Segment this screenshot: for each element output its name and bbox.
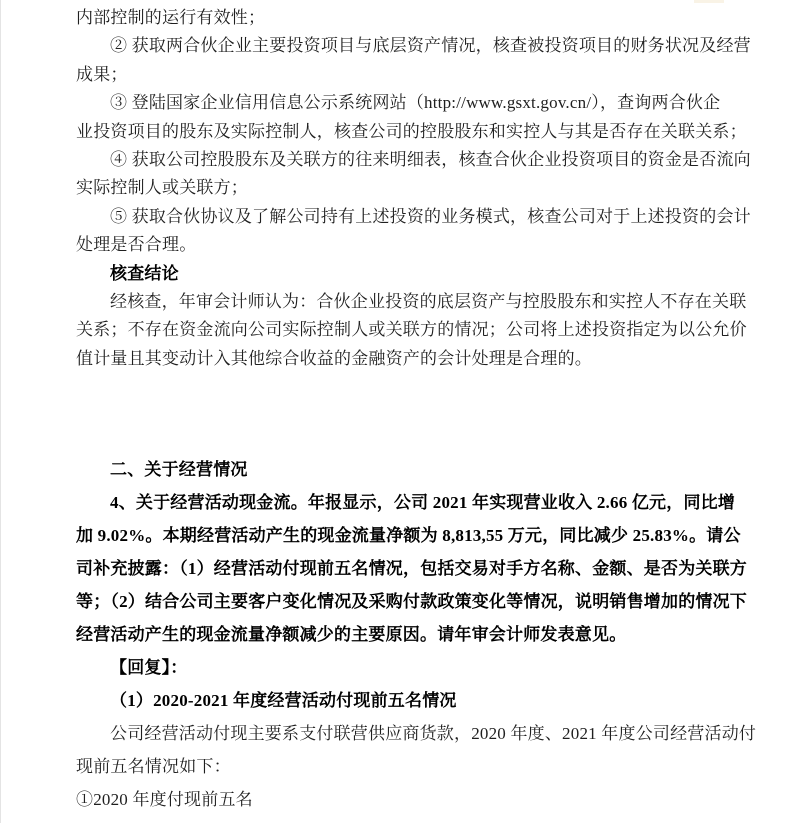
question-4-line-5: 经营活动产生的现金流量净额减少的主要原因。请年审会计师发表意见。	[76, 618, 724, 651]
question-4-line-3: 司补充披露：（1）经营活动付现前五名情况，包括交易对手方名称、金额、是否为关联方	[76, 552, 724, 585]
procedure-step-4-line-2: 实际控制人或关联方；	[76, 174, 724, 202]
verification-conclusion-heading: 核查结论	[76, 260, 724, 288]
procedure-step-2-line-1: ② 获取两合伙企业主要投资项目与底层资产情况，核查被投资项目的财务状况及经营	[76, 32, 724, 60]
section-operating-status: 二、关于经营情况 4、关于经营活动现金流。年报显示，公司 2021 年实现营业收…	[76, 453, 724, 816]
scan-artifact	[694, 0, 724, 3]
question-4-line-4: 等；（2）结合公司主要客户变化情况及采购付款政策变化等情况，说明销售增加的情况下	[76, 585, 724, 618]
section-gap	[76, 373, 724, 453]
conclusion-paragraph-line-1: 经核查，年审会计师认为：合伙企业投资的底层资产与控股股东和实控人不存在关联	[76, 288, 724, 316]
reply-point-1-label: ①2020 年度付现前五名	[76, 783, 724, 816]
procedure-step-4-line-1: ④ 获取公司控股股东及关联方的往来明细表，核查合伙企业投资项目的资金是否流向	[76, 146, 724, 174]
section-2-heading: 二、关于经营情况	[76, 453, 724, 486]
document-page: 内部控制的运行有效性； ② 获取两合伙企业主要投资项目与底层资产情况，核查被投资…	[0, 0, 794, 823]
section-internal-control-verification: 内部控制的运行有效性； ② 获取两合伙企业主要投资项目与底层资产情况，核查被投资…	[76, 4, 724, 373]
reply-subheading-1: （1）2020-2021 年度经营活动付现前五名情况	[76, 684, 724, 717]
procedure-step-5-line-2: 处理是否合理。	[76, 231, 724, 259]
reply-body-line-2: 现前五名情况如下：	[76, 750, 724, 783]
question-4-line-1: 4、关于经营活动现金流。年报显示，公司 2021 年实现营业收入 2.66 亿元…	[76, 486, 724, 519]
reply-label: 【回复】：	[76, 651, 724, 684]
procedure-step-3-line-2: 业投资项目的股东及实际控制人，核查公司的控股股东和实控人与其是否存在关联关系；	[76, 118, 724, 146]
procedure-step-2-line-2: 成果；	[76, 61, 724, 89]
conclusion-paragraph-line-2: 关系；不存在资金流向公司实际控制人或关联方的情况；公司将上述投资指定为以公允价	[76, 316, 724, 344]
procedure-step-3-line-1: ③ 登陆国家企业信用信息公示系统网站（http://www.gsxt.gov.c…	[76, 89, 724, 117]
reply-body-line-1: 公司经营活动付现主要系支付联营供应商货款，2020 年度、2021 年度公司经营…	[76, 717, 724, 750]
procedure-step-5-line-1: ⑤ 获取合伙协议及了解公司持有上述投资的业务模式，核查公司对于上述投资的会计	[76, 203, 724, 231]
continuation-line-internal-control: 内部控制的运行有效性；	[76, 4, 724, 32]
question-4-line-2: 加 9.02%。本期经营活动产生的现金流量净额为 8,813,55 万元，同比减…	[76, 519, 724, 552]
conclusion-paragraph-line-3: 值计量且其变动计入其他综合收益的金融资产的会计处理是合理的。	[76, 345, 724, 373]
